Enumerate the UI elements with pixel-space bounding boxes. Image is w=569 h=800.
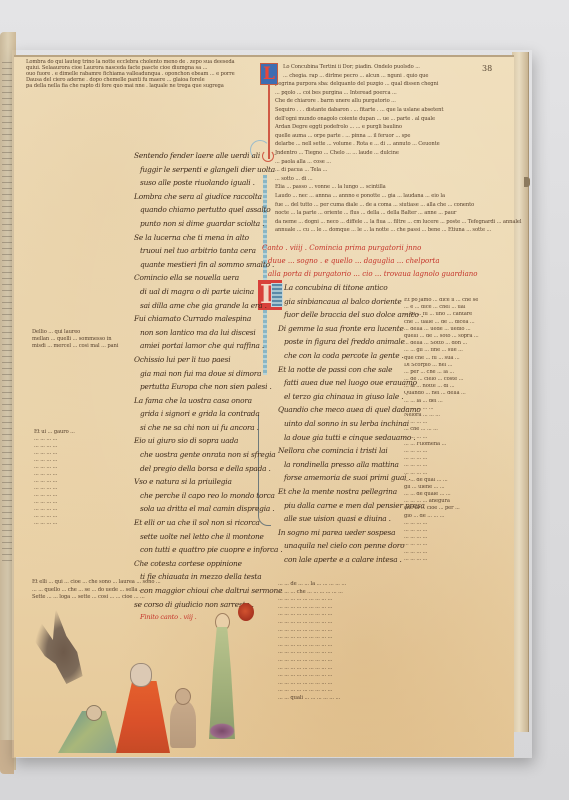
gloss-line: che ... ualle ... de ... dicea ... [404,320,514,327]
gloss-line: ... chegia. rap ... dirlme pecro ... alc… [265,72,505,81]
gloss-line: ... e ... dice ... chel ... ual [404,305,514,312]
gloss-line: Sequiro . . . distante dabaron . ... fit… [265,106,505,115]
gloss-line: ... pqolo ... coi bes purgina ... Intere… [265,89,505,98]
gloss-line: ... della ... Sotto ... don ... [404,341,514,348]
gloss-line: ... ... de qual ... ... [404,478,514,485]
verse-line: Et la notte de passi con che sale [262,366,425,380]
gloss-line: fue ... del tutto ... per cuma diale ...… [265,201,505,210]
gloss-line: Sette ... ... loga ... sette ... cosi ..… [32,595,161,603]
verse-line: punto non si dime guardar sciolta . [134,220,283,234]
page-tab [524,177,530,187]
verse-column-left: Sentendo fender laere alle uerdi ali fug… [134,152,283,628]
gloss-line: ... ... ... ... [404,528,514,535]
gloss-line: quelli ... de ... soto ... sopra ... [404,334,514,341]
verse-line: fuor delle braccia del suo dolce amico . [262,311,425,325]
verse-line: suso alle poste riuolando iguali . [134,179,283,193]
verse-line: del pregio della borsa e della spada . [134,465,283,479]
verse-line: di ual di magra o di parte uicina [134,288,283,302]
verse-line: pertutta Europa che non sien palesi . [134,383,283,397]
rubric-line: duue ... sogno . e quello ... daguglia .… [262,257,478,270]
gloss-line: ... ... ... ... [404,420,514,427]
top-gloss-right: Lo Concubina Tertini ii Dor; piadin. Ond… [265,63,505,235]
verse-line: amiei portai lamor che qui raffina . [134,342,283,356]
gloss-line: annuale ... cu ... le ... domque ... le … [265,226,505,235]
gloss-line: ... di pacua ... Tela ... [265,166,505,175]
illuminated-initial-l-blue: L [260,63,278,85]
bottom-gloss-left: Et elli ... qui ... cioe ... che sono ..… [32,580,161,603]
verse-line: fuggir le serpenti e glangeli dier uolta [134,166,283,180]
gloss-line: ... ... ... ... [404,521,514,528]
gloss-line: ... ... ... ... [404,550,514,557]
verse-line: Quandio che meco auea di quel dadamo [262,406,425,420]
gloss-line: ... che ... ... ... [404,427,514,434]
verse-line: La fama che la uostra casa onora [134,397,283,411]
gloss-line: ... ... Filomena ... [404,442,514,449]
margin-gloss-left-upper: Dellio ... qui laureo mellan ... quelli … [32,330,118,351]
gloss-line: ... ... ... ... [404,463,514,470]
gloss-line: ... di ... fu ... uno ... cantare [404,312,514,319]
verse-line: Vso e natura si la priuilegia [134,478,283,492]
verse-line: non son lantico ma da lui discesi [134,329,283,343]
gloss-line: Et po jamo ... dice il ... che se [404,298,514,305]
figure-base [209,723,235,739]
verse-line: che uostra gente onrata non si sfregia [134,451,283,465]
gloss-line: ... ... ... ... ... [404,406,514,413]
gloss-line: delarbe ... nell sette ... volume . Rota… [265,140,505,149]
verse-line: Che cotesta cortese oppinione [134,560,283,574]
verse-line: Ochissio lui per li tuo paesi [134,356,283,370]
verse-line: la doue gia tutti e cinque sedauamo . [262,434,425,448]
gloss-line: da neme ... dogni ... neco ... diffele .… [265,218,505,227]
verse-line: piu dalla carne e men dal pensier presa [262,502,425,516]
gloss-line: Ardan Degre eggti podefrolo ... ... e pu… [265,123,505,132]
verse-line: sai dilla ame che gia grande la era . [134,302,283,316]
verse-line: In sogno mi parea ueder sospesa [262,529,425,543]
gloss-line: ... sotto ... di ... [265,175,505,184]
gloss-line: ... ... ... ... [404,449,514,456]
standing-figure-illustration [207,613,237,741]
verse-line: Se la lucerna che ti mena in alto [134,234,283,248]
verse-line: che perche il capo reo lo mondo torca [134,492,283,506]
bottom-gloss-right: ... ... de ... ... la ... ... ... ... ..… [278,582,346,704]
figure-head [86,705,102,721]
verse-line: grida i signori e grida la contrada [134,410,283,424]
old-man-figure-illustration [116,663,170,753]
red-cloak [116,681,170,753]
gloss-line: ... de ... cielo ... coste ... [404,377,514,384]
verse-line: unaquila nel cielo con penne doro [262,542,425,556]
facing-page-edge-text [2,62,12,562]
gloss-line: ... ... ... ... [404,557,514,564]
gloss-line: ... ... ... ... anegura [404,499,514,506]
rubric-line: Canto . viiij . Comincia prima purgatori… [262,244,478,257]
verse-line: Eio ui giuro sio di sopra uada [134,437,283,451]
verse-line: sola ua dritta el mal camin dispregia . [134,505,283,519]
verse-line: truoui nel tuo arbitrio tanta cera [134,247,283,261]
gloss-line: ... ... ... ... [404,535,514,542]
verse-line: che con la coda percote la gente . [262,352,425,366]
verse-line: uinto dal sonno in su lerba inchinai [262,420,425,434]
verse-line: Di gemme la sua fronte era lucente [262,325,425,339]
gloss-line: ... ... ... ... [404,435,514,442]
gloss-line: gio ... de ... ... ... [404,514,514,521]
gloss-line: Nelora ... ... ... [404,413,514,420]
gloss-line: Quando ... nel ... della ... [404,391,514,398]
verse-line: Et che la mente nostra pellegrina [262,488,425,502]
verse-line: alle sue uision quasi e diuina . [262,515,425,529]
verse-column-right: La concubina di titone antico gia sinbia… [262,284,425,569]
gloss-line: ... ... ... ... [34,521,75,528]
verse-line: si che ne sa chi non ui fu ancora . [134,424,283,438]
gloss-line: dell'ogni mundo onagolo coiente dupan ..… [265,115,505,124]
child-figure-illustration [170,688,196,748]
verse-line: sette uolte nel letto che il montone [134,533,283,547]
kneeling-figure-illustration [58,703,118,753]
gloss-line: quelle auma ... orpe parte . ... pinna .… [265,132,505,141]
verse-line: La concubina di titone antico [262,284,425,298]
verse-line: con lale aperte e a calare intesa . [262,556,425,570]
verse-line: la rondinella presso alla mattina [262,461,425,475]
gloss-line: Laudo ... nec ... annna ... annno e pono… [265,192,505,201]
book-right-edge [512,52,529,732]
gloss-line: ... la ... notte ... di ... [404,384,514,391]
gloss-line: Elia ... passo ... vonne ... la lungo ..… [265,183,505,192]
gloss-line: ... ... quali ... ... ... ... ... ... [278,696,346,704]
verse-line: quante mestieri fin al sommo smalto . [134,261,283,275]
verse-line: el terzo gia chinaua in giuso lale . [262,393,425,407]
verse-line: con tutti e quattro pie cuopre e inforca… [134,546,283,560]
gloss-line: ... paola alla ... cose ... [265,158,505,167]
verse-line: Sentendo fender laere alle uerdi ali [134,152,283,166]
gloss-line: gli ... uiene ... ... [404,485,514,492]
gloss-line: que che ... fu ... sua ... [404,356,514,363]
gloss-line: Di Scorpio ... nel ... [404,363,514,370]
gloss-line: ... ... ... ... [404,542,514,549]
margin-gloss-left-lower: Et ui ... gauro ... ... ... ... ... ... … [34,430,75,528]
rubric-line: alla porta di purgatorio ... cio ... tro… [262,270,478,283]
verse-line: gia sinbiancaua al balco doriente [262,298,425,312]
verse-line: Fui chiamato Currado malespina [134,315,283,329]
gloss-line: Lo Concubina Tertini ii Dor; piadin. Ond… [265,63,505,72]
verse-line: gia mai non fui ma doue si dimora [134,370,283,384]
verse-line: Nellora che comincia i tristi lai [262,447,425,461]
verse-line: poste in figura del freddo animale [262,338,425,352]
gloss-line: ... ... ... ... [404,471,514,478]
verse-line: quando chiamo pertutto quel assalto [134,206,283,220]
gloss-line: ... della ... uede ... uedio ... [404,327,514,334]
gloss-line: ... ... de quale ... ... [404,492,514,499]
verse-line: fatti auea due nel luogo oue erauamo [262,379,425,393]
verse-line: forse amemoria de suoi primi guai . [262,474,425,488]
figure-head [175,688,191,705]
gloss-line: pa della nella fia che rapto di fore quo… [26,84,241,90]
gloss-line: misdi ... mercel ... cosi mal ... pani [32,344,118,351]
gloss-line: Che de chiarore . barm unere allu purgat… [265,97,505,106]
top-gloss-left: Lombra do qui lauteg trino la notte eccl… [26,60,241,90]
gloss-line: ... ... la ... del ... [404,399,514,406]
verse-line: Lombra che sera al giudice raccolta [134,193,283,207]
gloss-line: ... ... gli ... fine ... sue ... [404,348,514,355]
figure-head [130,663,152,687]
figure-body [170,701,196,748]
verse-line: Comincio ella se nouella uera [134,274,283,288]
gloss-line: Jndentro ... Tiegno ... Chelo ... ... la… [265,149,505,158]
gloss-line: ... ... ... ... [404,456,514,463]
verse-line: Et elli or ua che il sol non si ricorca [134,519,283,533]
margin-gloss-right: Et po jamo ... dice il ... che se ... e … [404,298,514,564]
gloss-line: ... per ... che ... la ... [404,370,514,377]
gloss-line: pegrina purpora sba: delquanto del puzgi… [265,80,505,89]
canto-rubric: Canto . viiij . Comincia prima purgatori… [262,244,478,283]
gloss-line: che la ... cioe ... per ... [404,506,514,513]
red-sun-disc-illustration [238,603,254,621]
gloss-line: nocte ... la parte ... oriente ... flus … [265,209,505,218]
